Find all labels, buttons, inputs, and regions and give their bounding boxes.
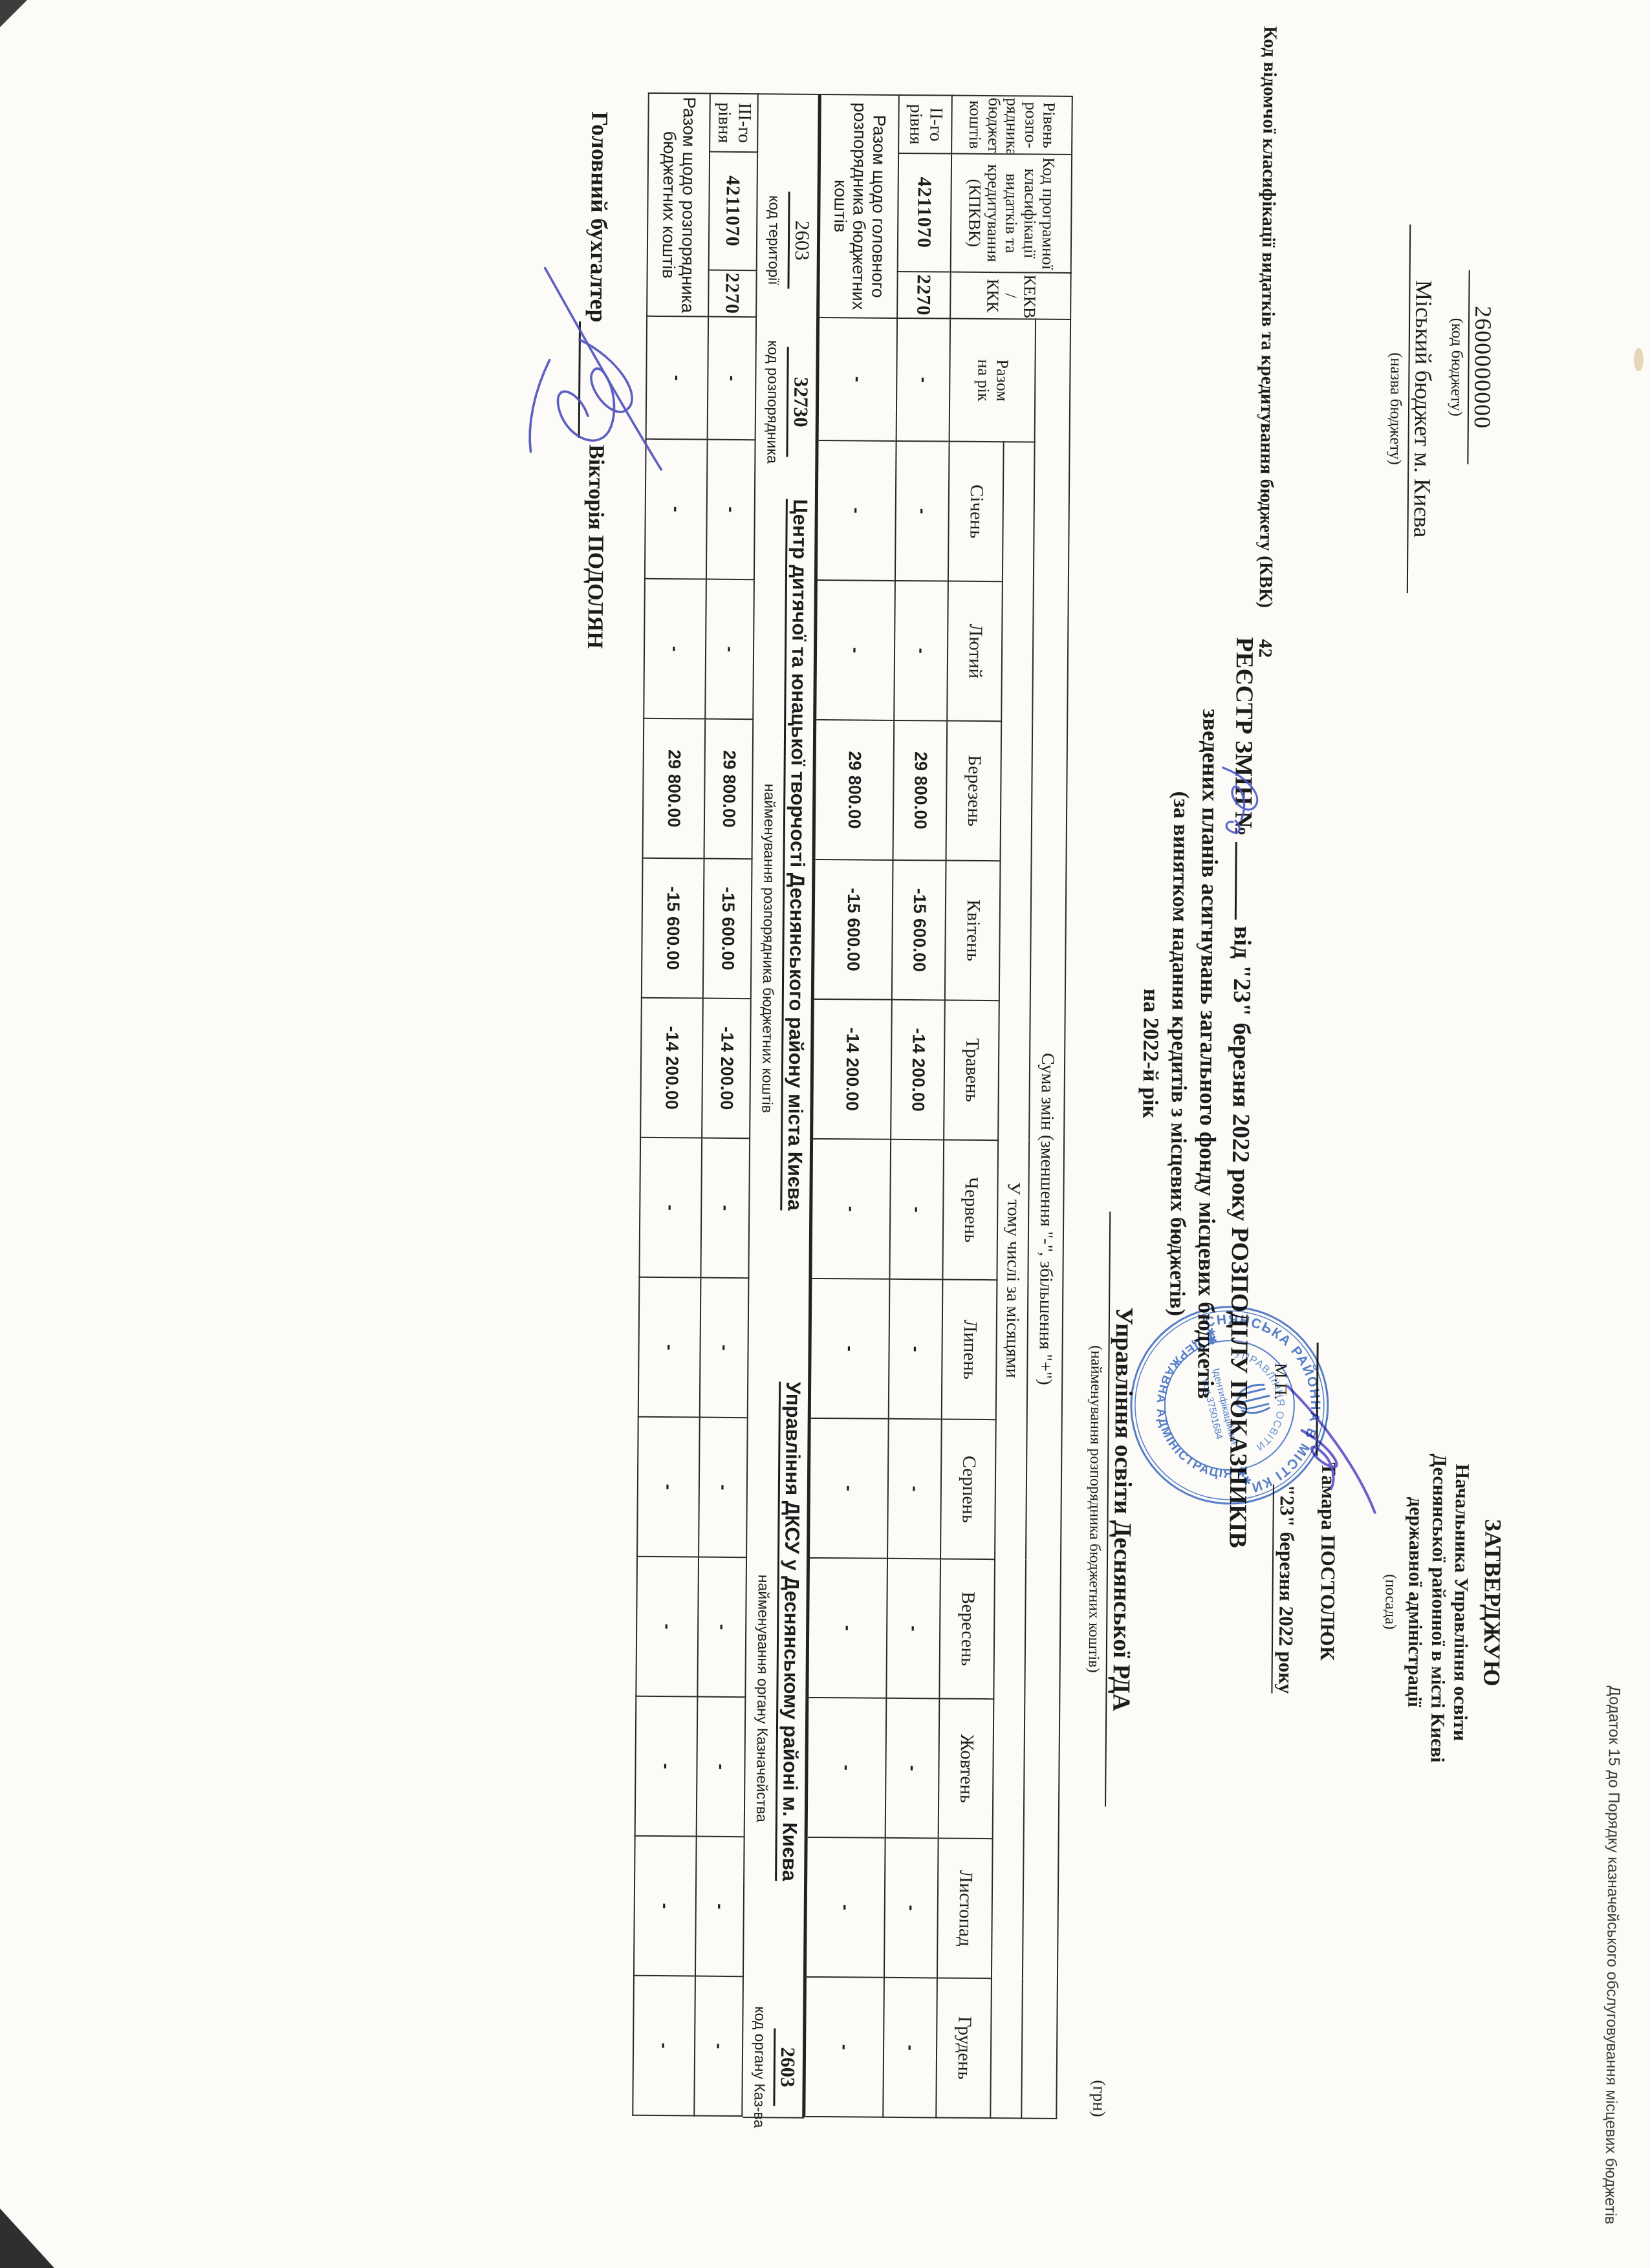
value-cell: -: [805, 1837, 885, 1978]
registry-number-scribble-signature: [1202, 759, 1274, 850]
scanned-page: Додаток 15 до Порядку казначейського обс…: [0, 0, 1650, 2268]
value-cell: 29 800.00: [643, 718, 706, 859]
changes-table-upper: Рівень розпо- рядника бюджетних коштів К…: [802, 94, 1073, 2119]
value-cell: -15 600.00: [703, 859, 752, 999]
approve-title: ЗАТВЕРДЖУЮ: [1478, 1454, 1508, 1751]
currency-note: (грн): [1089, 1929, 1110, 2117]
value-cell: -: [695, 1837, 744, 1977]
month-header: Жовтень: [939, 1698, 994, 1839]
value-cell: -: [635, 1696, 698, 1837]
month-header: Березень: [946, 721, 1002, 861]
budget-name-label: (назва бюджету): [1385, 224, 1406, 593]
value-cell: -: [810, 1139, 891, 1279]
month-header: Січень: [948, 442, 1004, 582]
value-cell: -: [886, 1559, 940, 1699]
manager-code-label: код розпорядника: [763, 318, 782, 486]
value-cell: -: [636, 1557, 699, 1697]
approve-position-line2: Деснянської районної в місті Києві: [1426, 1453, 1451, 1751]
value-cell: -: [887, 1419, 942, 1559]
value-cell-total: -: [817, 318, 897, 441]
month-header: Серпень: [940, 1420, 996, 1560]
treasury-name-label: найменування органу Казначейства: [752, 1511, 773, 1886]
manager-name: Управління освіти Деснянської РДА: [1105, 1212, 1139, 1807]
manager-name-label: (найменування розпорядника бюджетних кош…: [1083, 1211, 1105, 1806]
col-header-level: Рівень розпо- рядника бюджетних коштів: [951, 96, 1072, 155]
row-kpkvk: 4211070: [898, 153, 951, 272]
manager-code: 32730: [786, 347, 812, 457]
appendix-note: Додаток 15 до Порядку казначейського обс…: [1601, 1390, 1625, 2225]
month-header: Червень: [942, 1140, 998, 1280]
treasury-code-label: код органу Каз-ва: [750, 1986, 769, 2148]
col-header-kekv: КЕКВ / ККК: [950, 272, 1071, 319]
value-cell: -: [638, 1277, 701, 1418]
value-cell: -15 600.00: [812, 859, 893, 1000]
value-cell: -14 200.00: [640, 998, 703, 1138]
value-cell: -: [694, 1976, 743, 2117]
approve-block: ЗАТВЕРДЖУЮ Начальника Управління освіти …: [1380, 1453, 1508, 1752]
row-level: ІІІ-го рівня: [710, 94, 758, 153]
value-cell: -: [894, 581, 948, 721]
value-cell: -: [697, 1697, 746, 1837]
col-header-kpkvk: Код програмної класифікації видатків та …: [951, 154, 1072, 273]
accountant-signature: [506, 263, 682, 484]
month-header: Листопад: [937, 1838, 993, 1978]
value-cell: -15 600.00: [892, 860, 946, 1000]
value-cell: -: [639, 1138, 702, 1278]
value-cell: -: [889, 1139, 944, 1280]
kvk-line: Код відомчої класифікації видатків та кр…: [1254, 26, 1281, 658]
table-row-total-main-manager: Разом щодо головного розпорядника бюджет…: [804, 94, 899, 2117]
value-cell: -: [705, 579, 754, 720]
value-cell: -: [807, 1558, 887, 1698]
row-level: ІІ-го рівня: [898, 95, 952, 154]
value-cell: -: [706, 440, 755, 580]
row-kekv: 2270: [708, 270, 757, 318]
budget-code-label: (код бюджету): [1446, 270, 1466, 464]
value-cell: -: [697, 1557, 746, 1698]
value-cell: -: [700, 1278, 749, 1418]
value-cell: -: [700, 1138, 750, 1279]
value-cell: -: [809, 1279, 889, 1419]
month-header: Грудень: [936, 1978, 992, 2118]
scan-corner-artifact-top-left: [0, 0, 27, 27]
col-header-year-total: Разом на рік: [950, 319, 1036, 442]
budget-name: Міський бюджет м. Києва: [1407, 224, 1438, 593]
value-cell: -: [885, 1698, 940, 1839]
value-cell: -: [889, 1279, 943, 1420]
row-kpkvk: 4211070: [709, 152, 757, 271]
value-cell: -: [816, 440, 896, 581]
value-cell: -15 600.00: [642, 858, 704, 999]
month-header: Вересень: [939, 1559, 995, 1699]
month-header: Квітень: [945, 861, 1001, 1001]
value-cell-total: -: [708, 317, 756, 440]
value-cell: -: [815, 580, 895, 720]
value-cell: -14 200.00: [812, 999, 892, 1139]
value-cell: -: [884, 1838, 939, 1978]
value-cell: 29 800.00: [893, 720, 948, 861]
value-cell: -: [634, 1836, 697, 1976]
value-cell: -14 200.00: [702, 999, 751, 1139]
registry-number-blank: [1235, 842, 1257, 920]
value-cell: -: [806, 1698, 886, 1838]
section-manager-name-label: найменування розпорядника бюджетних кошт…: [757, 702, 779, 1194]
value-cell: 29 800.00: [704, 719, 754, 859]
value-cell: -: [637, 1417, 700, 1557]
svg-text:✱ ДЕРЖАВНА АДМІНІСТРАЦІЯ ✱: ✱ ДЕРЖАВНА АДМІНІСТРАЦІЯ ✱: [1138, 1331, 1251, 1497]
budget-code: 2600000000: [1467, 270, 1497, 464]
treasury-name: Управління ДКСУ у Деснянському районі м.…: [775, 1382, 805, 1881]
value-cell: -: [633, 1976, 695, 2116]
month-header: Лютий: [947, 581, 1003, 722]
scan-corner-artifact-bottom-left: [0, 2209, 54, 2268]
row-kekv: 2270: [897, 272, 951, 319]
value-cell: -: [699, 1418, 748, 1558]
month-header: Травень: [944, 1000, 999, 1141]
value-cell: -: [804, 1977, 884, 2117]
month-header: Липень: [942, 1280, 997, 1420]
territory-code-label: код території: [765, 156, 783, 324]
approve-position-line1: Начальника Управління освіти: [1448, 1454, 1473, 1751]
stamp-trident-emblem: [1233, 1383, 1273, 1417]
approve-position-line3: державної адміністрації: [1403, 1453, 1428, 1751]
document-sheet: Додаток 15 до Порядку казначейського обс…: [0, 0, 1647, 2268]
row-total-label: Разом щодо головного розпорядника бюджет…: [818, 94, 899, 318]
kvk-label: Код відомчої класифікації видатків та кр…: [1255, 26, 1281, 608]
value-cell: -: [883, 1978, 937, 2118]
value-cell: -: [895, 441, 950, 581]
section-manager-name: Центр дитячої та юнацької творчості Десн…: [780, 499, 812, 1211]
paper-stain: [1634, 348, 1644, 371]
value-cell: -: [809, 1418, 889, 1559]
value-cell: -: [644, 579, 706, 719]
value-cell: 29 800.00: [814, 720, 894, 860]
stamp-ring-text-bottom: ✱ ДЕРЖАВНА АДМІНІСТРАЦІЯ ✱: [1138, 1331, 1251, 1497]
treasury-code: 2603: [773, 2028, 799, 2106]
territory-code: 2603: [787, 192, 814, 289]
value-cell-total: -: [896, 318, 950, 442]
value-cell: -14 200.00: [891, 1000, 945, 1140]
